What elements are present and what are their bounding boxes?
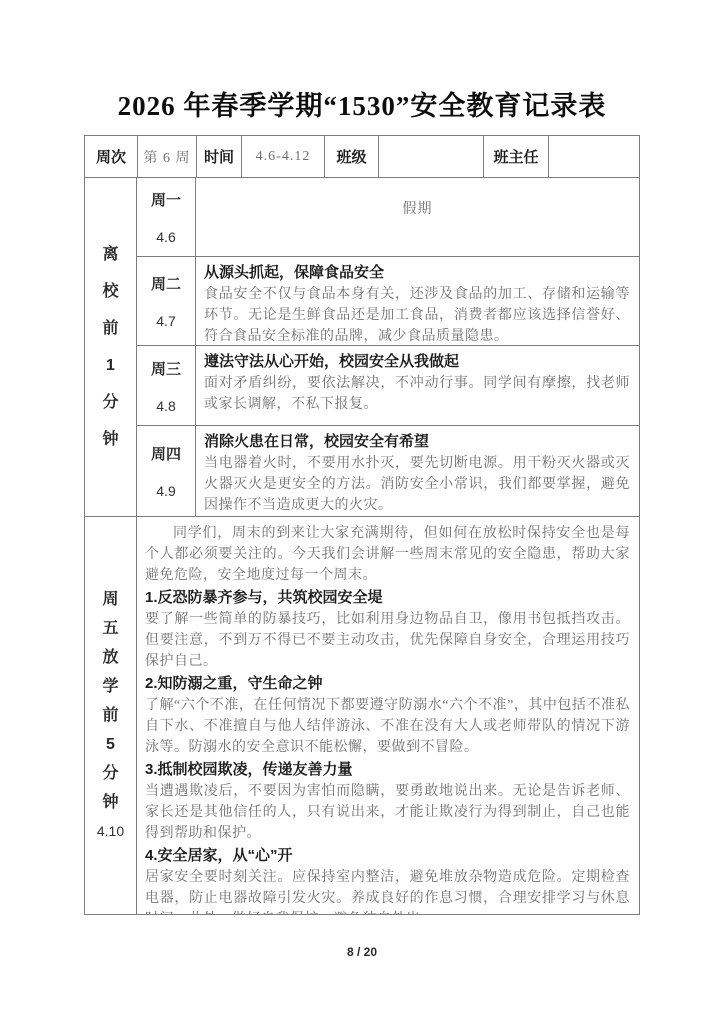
side-char: 钟: [102, 788, 118, 817]
side-char: 校: [102, 273, 118, 310]
day-cell: 周二 4.7: [137, 257, 196, 345]
item-4-body: 居家安全要时刻关注。应保持室内整洁，避免堆放杂物造成危险。定期检查电器，防止电器…: [145, 867, 630, 914]
daily-side-label: 离 校 前 1 分 钟: [85, 178, 137, 516]
item-3-heading: 3.抵制校园欺凌，传递友善力量: [145, 758, 630, 781]
time-label-cell: 时间: [196, 136, 241, 177]
table-row-tuesday: 周二 4.7 从源头抓起，保障食品安全 食品安全不仅与食品本身有关，还涉及食品的…: [137, 256, 639, 345]
document-page: 2026 年春季学期“1530”安全教育记录表 周次 第 6 周 时间 4.6-…: [0, 0, 724, 1024]
day-name: 周三: [151, 358, 181, 379]
item-2-heading: 2.知防溺之重，守生命之钟: [145, 672, 630, 695]
side-char: 五: [102, 614, 118, 643]
lesson-content: 遵法守法从心开始，校园安全从我做起 面对矛盾纠纷，要依法解决，不冲动行事。同学间…: [196, 346, 639, 425]
side-char: 前: [102, 310, 118, 347]
week-label-cell: 周次: [85, 136, 137, 177]
side-char: 分: [102, 759, 118, 788]
side-char: 1: [106, 347, 115, 384]
friday-section: 周 五 放 学 前 5 分 钟 4.10 同学们，周末的到来让大家充满期待，但如…: [85, 517, 639, 914]
side-char: 周: [102, 585, 118, 614]
day-date: 4.7: [156, 313, 175, 329]
item-1-body: 要了解一些简单的防暴技巧，比如利用身边物品自卫，像用书包抵挡攻击。但要注意，不到…: [145, 609, 630, 672]
teacher-label-cell: 班主任: [483, 136, 548, 177]
lesson-content: 从源头抓起，保障食品安全 食品安全不仅与食品本身有关，还涉及食品的加工、存储和运…: [196, 257, 639, 345]
table-row-wednesday: 周三 4.8 遵法守法从心开始，校园安全从我做起 面对矛盾纠纷，要依法解决，不冲…: [137, 345, 639, 425]
side-char: 分: [102, 384, 118, 421]
day-name: 周二: [151, 273, 181, 294]
item-4-heading: 4.安全居家，从“心”开: [145, 844, 630, 867]
side-char: 学: [102, 672, 118, 701]
side-char: 离: [102, 236, 118, 273]
day-cell: 周四 4.9: [137, 426, 196, 516]
class-label-cell: 班级: [324, 136, 378, 177]
daily-section: 离 校 前 1 分 钟 周一 4.6 假期 周二: [85, 178, 639, 517]
class-value-cell: [378, 136, 483, 177]
side-date: 4.10: [97, 817, 124, 846]
side-char: 5: [106, 730, 115, 759]
day-date: 4.9: [156, 483, 175, 499]
lesson-body: 面对矛盾纠纷，要依法解决，不冲动行事。同学间有摩擦，找老师或家长调解，不私下报复…: [204, 373, 630, 415]
table-header-row: 周次 第 6 周 时间 4.6-4.12 班级 班主任: [85, 136, 639, 178]
day-date: 4.6: [156, 229, 175, 245]
lesson-heading: 遵法守法从心开始，校园安全从我做起: [204, 351, 630, 373]
page-title: 2026 年春季学期“1530”安全教育记录表: [0, 84, 724, 123]
lesson-content: 消除火患在日常，校园安全有希望 当电器着火时，不要用水扑灭，要先切断电源。用干粉…: [196, 426, 639, 516]
item-1-heading: 1.反恐防暴齐参与，共筑校园安全堤: [145, 586, 630, 609]
friday-content: 同学们，周末的到来让大家充满期待，但如何在放松时保持安全也是每个人都必须要关注的…: [137, 517, 639, 914]
side-char: 钟: [102, 421, 118, 458]
friday-intro: 同学们，周末的到来让大家充满期待，但如何在放松时保持安全也是每个人都必须要关注的…: [145, 523, 630, 586]
week-value-cell: 第 6 周: [137, 136, 196, 177]
day-date: 4.8: [156, 398, 175, 414]
teacher-value-cell: [548, 136, 639, 177]
holiday-note: 假期: [196, 178, 639, 256]
day-cell: 周三 4.8: [137, 346, 196, 425]
side-char: 前: [102, 701, 118, 730]
day-name: 周一: [151, 189, 181, 210]
record-table: 周次 第 6 周 时间 4.6-4.12 班级 班主任 离 校 前 1 分 钟: [84, 135, 640, 915]
lesson-heading: 从源头抓起，保障食品安全: [204, 262, 630, 284]
daily-rows: 周一 4.6 假期 周二 4.7 从源头抓起，保障食品安全 食品安全不仅与食品本…: [137, 178, 639, 516]
table-row-thursday: 周四 4.9 消除火患在日常，校园安全有希望 当电器着火时，不要用水扑灭，要先切…: [137, 425, 639, 516]
friday-side-label: 周 五 放 学 前 5 分 钟 4.10: [85, 517, 137, 914]
page-number: 8 / 20: [0, 945, 724, 959]
lesson-body: 当电器着火时，不要用水扑灭，要先切断电源。用干粉灭火器或灭火器灭火是更安全的方法…: [204, 453, 630, 516]
item-3-body: 当遭遇欺凌后，不要因为害怕而隐瞒，要勇敢地说出来。无论是告诉老师、家长还是其他信…: [145, 781, 630, 844]
day-name: 周四: [151, 443, 181, 464]
lesson-body: 食品安全不仅与食品本身有关，还涉及食品的加工、存储和运输等环节。无论是生鲜食品还…: [204, 284, 630, 345]
table-row-monday: 周一 4.6 假期: [137, 178, 639, 256]
item-2-body: 了解“六个不准，在任何情况下都要遵守防溺水“六个不准”，其中包括不准私自下水、不…: [145, 695, 630, 758]
lesson-heading: 消除火患在日常，校园安全有希望: [204, 431, 630, 453]
time-value-cell: 4.6-4.12: [241, 136, 324, 177]
side-char: 放: [102, 643, 118, 672]
day-cell: 周一 4.6: [137, 178, 196, 256]
